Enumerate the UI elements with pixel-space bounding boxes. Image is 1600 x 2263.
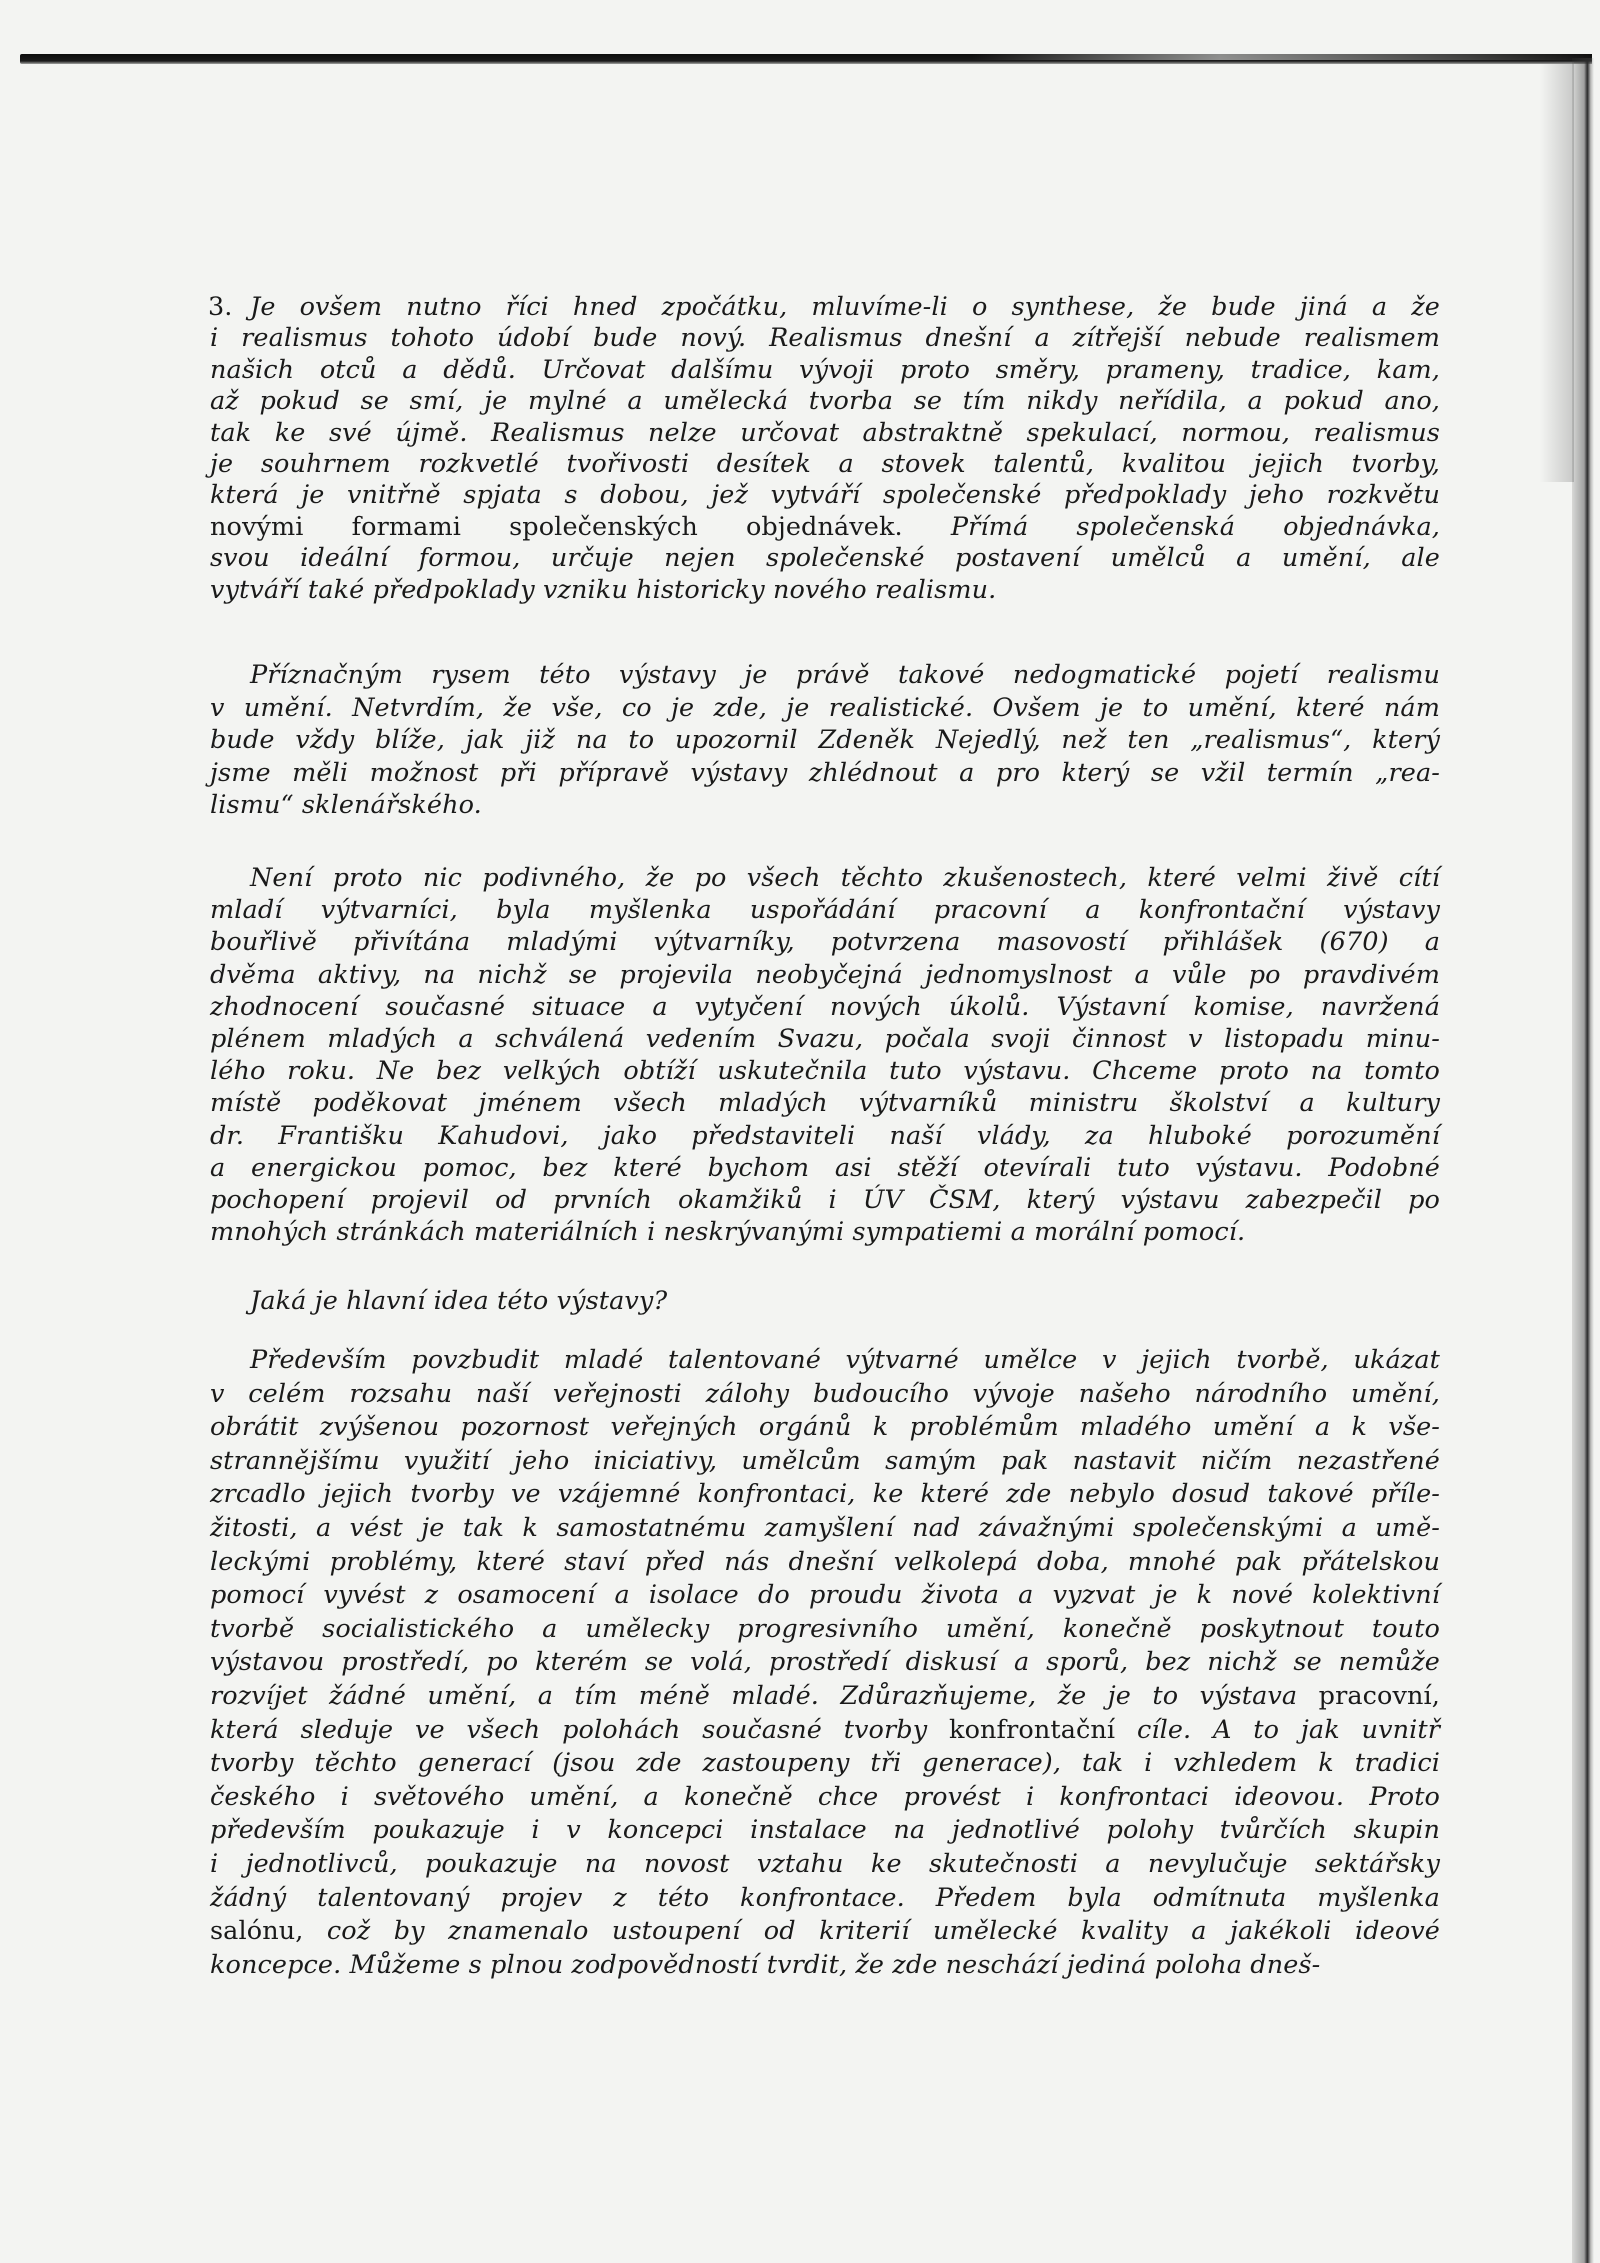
text-line: českého i světového umění, a konečně chc… bbox=[210, 1781, 1440, 1815]
text-line: Není proto nic podivného, že po všech tě… bbox=[210, 862, 1440, 894]
page-right-shadow bbox=[1540, 62, 1574, 482]
italic-text-segment: Přímá společenská objednávka, bbox=[903, 512, 1440, 542]
text-line: dvěma aktivy, na nichž se projevila neob… bbox=[210, 959, 1440, 991]
text-line: jsme měli možnost při přípravě výstavy z… bbox=[210, 757, 1440, 790]
text-line: vytváří také předpoklady vzniku historic… bbox=[210, 575, 1440, 606]
text-line: bude vždy blíže, jak již na to upozornil… bbox=[210, 724, 1440, 757]
paragraph-2: Příznačným rysem této výstavy je právě t… bbox=[210, 659, 1440, 822]
text-line: novými formami společenských objednávek.… bbox=[210, 512, 1440, 543]
page-top-edge bbox=[20, 54, 1592, 64]
text-line: která je vnitřně spjata s dobou, jež vyt… bbox=[210, 480, 1440, 511]
paragraph-4-question: Jaká je hlavní idea této výstavy? bbox=[210, 1286, 1440, 1317]
text-line: plénem mladých a schválená vedením Svazu… bbox=[210, 1023, 1440, 1055]
text-line: zrcadlo jejich tvorby ve vzájemné konfro… bbox=[210, 1478, 1440, 1512]
text-line: i realismus tohoto údobí bude nový. Real… bbox=[210, 323, 1440, 354]
text-line: v celém rozsahu naší veřejnosti zálohy b… bbox=[210, 1378, 1440, 1412]
text-line: obrátit zvýšenou pozornost veřejných org… bbox=[210, 1411, 1440, 1445]
text-line: výstavou prostředí, po kterém se volá, p… bbox=[210, 1646, 1440, 1680]
text-line: svou ideální formou, určuje nejen společ… bbox=[210, 543, 1440, 574]
text-line: Je ovšem nutno říci hned zpočátku, mluví… bbox=[210, 292, 1440, 323]
text-line: leckými problémy, které staví před nás d… bbox=[210, 1546, 1440, 1580]
text-line: pomocí vyvést z osamocení a isolace do p… bbox=[210, 1579, 1440, 1613]
text-line: je souhrnem rozkvetlé tvořivosti desítek… bbox=[210, 449, 1440, 480]
text-line: mladí výtvarníci, byla myšlenka uspořádá… bbox=[210, 894, 1440, 926]
text-line: rozvíjet žádné umění, a tím méně mladé. … bbox=[210, 1680, 1440, 1714]
italic-text-segment: cíle. A to jak uvnitř bbox=[1115, 1715, 1440, 1745]
roman-text-segment: pracovní, bbox=[1319, 1681, 1440, 1711]
paragraph-5: Především povzbudit mladé talentované vý… bbox=[210, 1344, 1440, 1982]
text-line: především poukazuje i v koncepci instala… bbox=[210, 1814, 1440, 1848]
text-line: strannějšímu využití jeho iniciativy, um… bbox=[210, 1445, 1440, 1479]
italic-text-segment: což by znamenalo ustoupení od kriterií u… bbox=[303, 1916, 1440, 1946]
text-line: tvorby těchto generací (jsou zde zastoup… bbox=[210, 1747, 1440, 1781]
text-line: Jaká je hlavní idea této výstavy? bbox=[210, 1286, 1440, 1317]
text-line: i jednotlivců, poukazuje na novost vztah… bbox=[210, 1848, 1440, 1882]
text-line: tak ke své újmě. Realismus nelze určovat… bbox=[210, 418, 1440, 449]
text-line: bouřlivě přivítána mladými výtvarníky, p… bbox=[210, 926, 1440, 958]
text-line: lého roku. Ne bez velkých obtíží uskuteč… bbox=[210, 1055, 1440, 1087]
text-line: lismu“ sklenářského. bbox=[210, 789, 1440, 822]
text-line: dr. Františku Kahudovi, jako představite… bbox=[210, 1120, 1440, 1152]
text-line: salónu, což by znamenalo ustoupení od kr… bbox=[210, 1915, 1440, 1949]
text-line: žitosti, a vést je tak k samostatnému za… bbox=[210, 1512, 1440, 1546]
text-line: koncepce. Můžeme s plnou zodpovědností t… bbox=[210, 1949, 1440, 1983]
text-line: mnohých stránkách materiálních i neskrýv… bbox=[210, 1216, 1440, 1248]
page-right-edge bbox=[1572, 58, 1594, 2263]
roman-text-segment: novými formami společenských objednávek. bbox=[210, 512, 903, 542]
text-line: zhodnocení současné situace a vytyčení n… bbox=[210, 991, 1440, 1023]
text-line: místě poděkovat jménem všech mladých výt… bbox=[210, 1087, 1440, 1119]
italic-text-segment: která sleduje ve všech polohách současné… bbox=[210, 1715, 949, 1745]
text-line: až pokud se smí, je mylné a umělecká tvo… bbox=[210, 386, 1440, 417]
text-line: v umění. Netvrdím, že vše, co je zde, je… bbox=[210, 692, 1440, 725]
paragraph-3: Není proto nic podivného, že po všech tě… bbox=[210, 862, 1440, 1248]
paragraph-1: Je ovšem nutno říci hned zpočátku, mluví… bbox=[210, 292, 1440, 606]
text-line: která sleduje ve všech polohách současné… bbox=[210, 1714, 1440, 1748]
italic-text-segment: rozvíjet žádné umění, a tím méně mladé. … bbox=[210, 1681, 1319, 1711]
text-line: tvorbě socialistického a umělecky progre… bbox=[210, 1613, 1440, 1647]
text-line: a energickou pomoc, bez které bychom asi… bbox=[210, 1152, 1440, 1184]
text-line: našich otců a dědů. Určovat dalšímu vývo… bbox=[210, 355, 1440, 386]
text-line: Příznačným rysem této výstavy je právě t… bbox=[210, 659, 1440, 692]
roman-text-segment: salónu, bbox=[210, 1916, 303, 1946]
text-line: Především povzbudit mladé talentované vý… bbox=[210, 1344, 1440, 1378]
text-line: žádný talentovaný projev z této konfront… bbox=[210, 1882, 1440, 1916]
text-line: pochopení projevil od prvních okamžiků i… bbox=[210, 1184, 1440, 1216]
roman-text-segment: konfrontační bbox=[949, 1715, 1115, 1745]
